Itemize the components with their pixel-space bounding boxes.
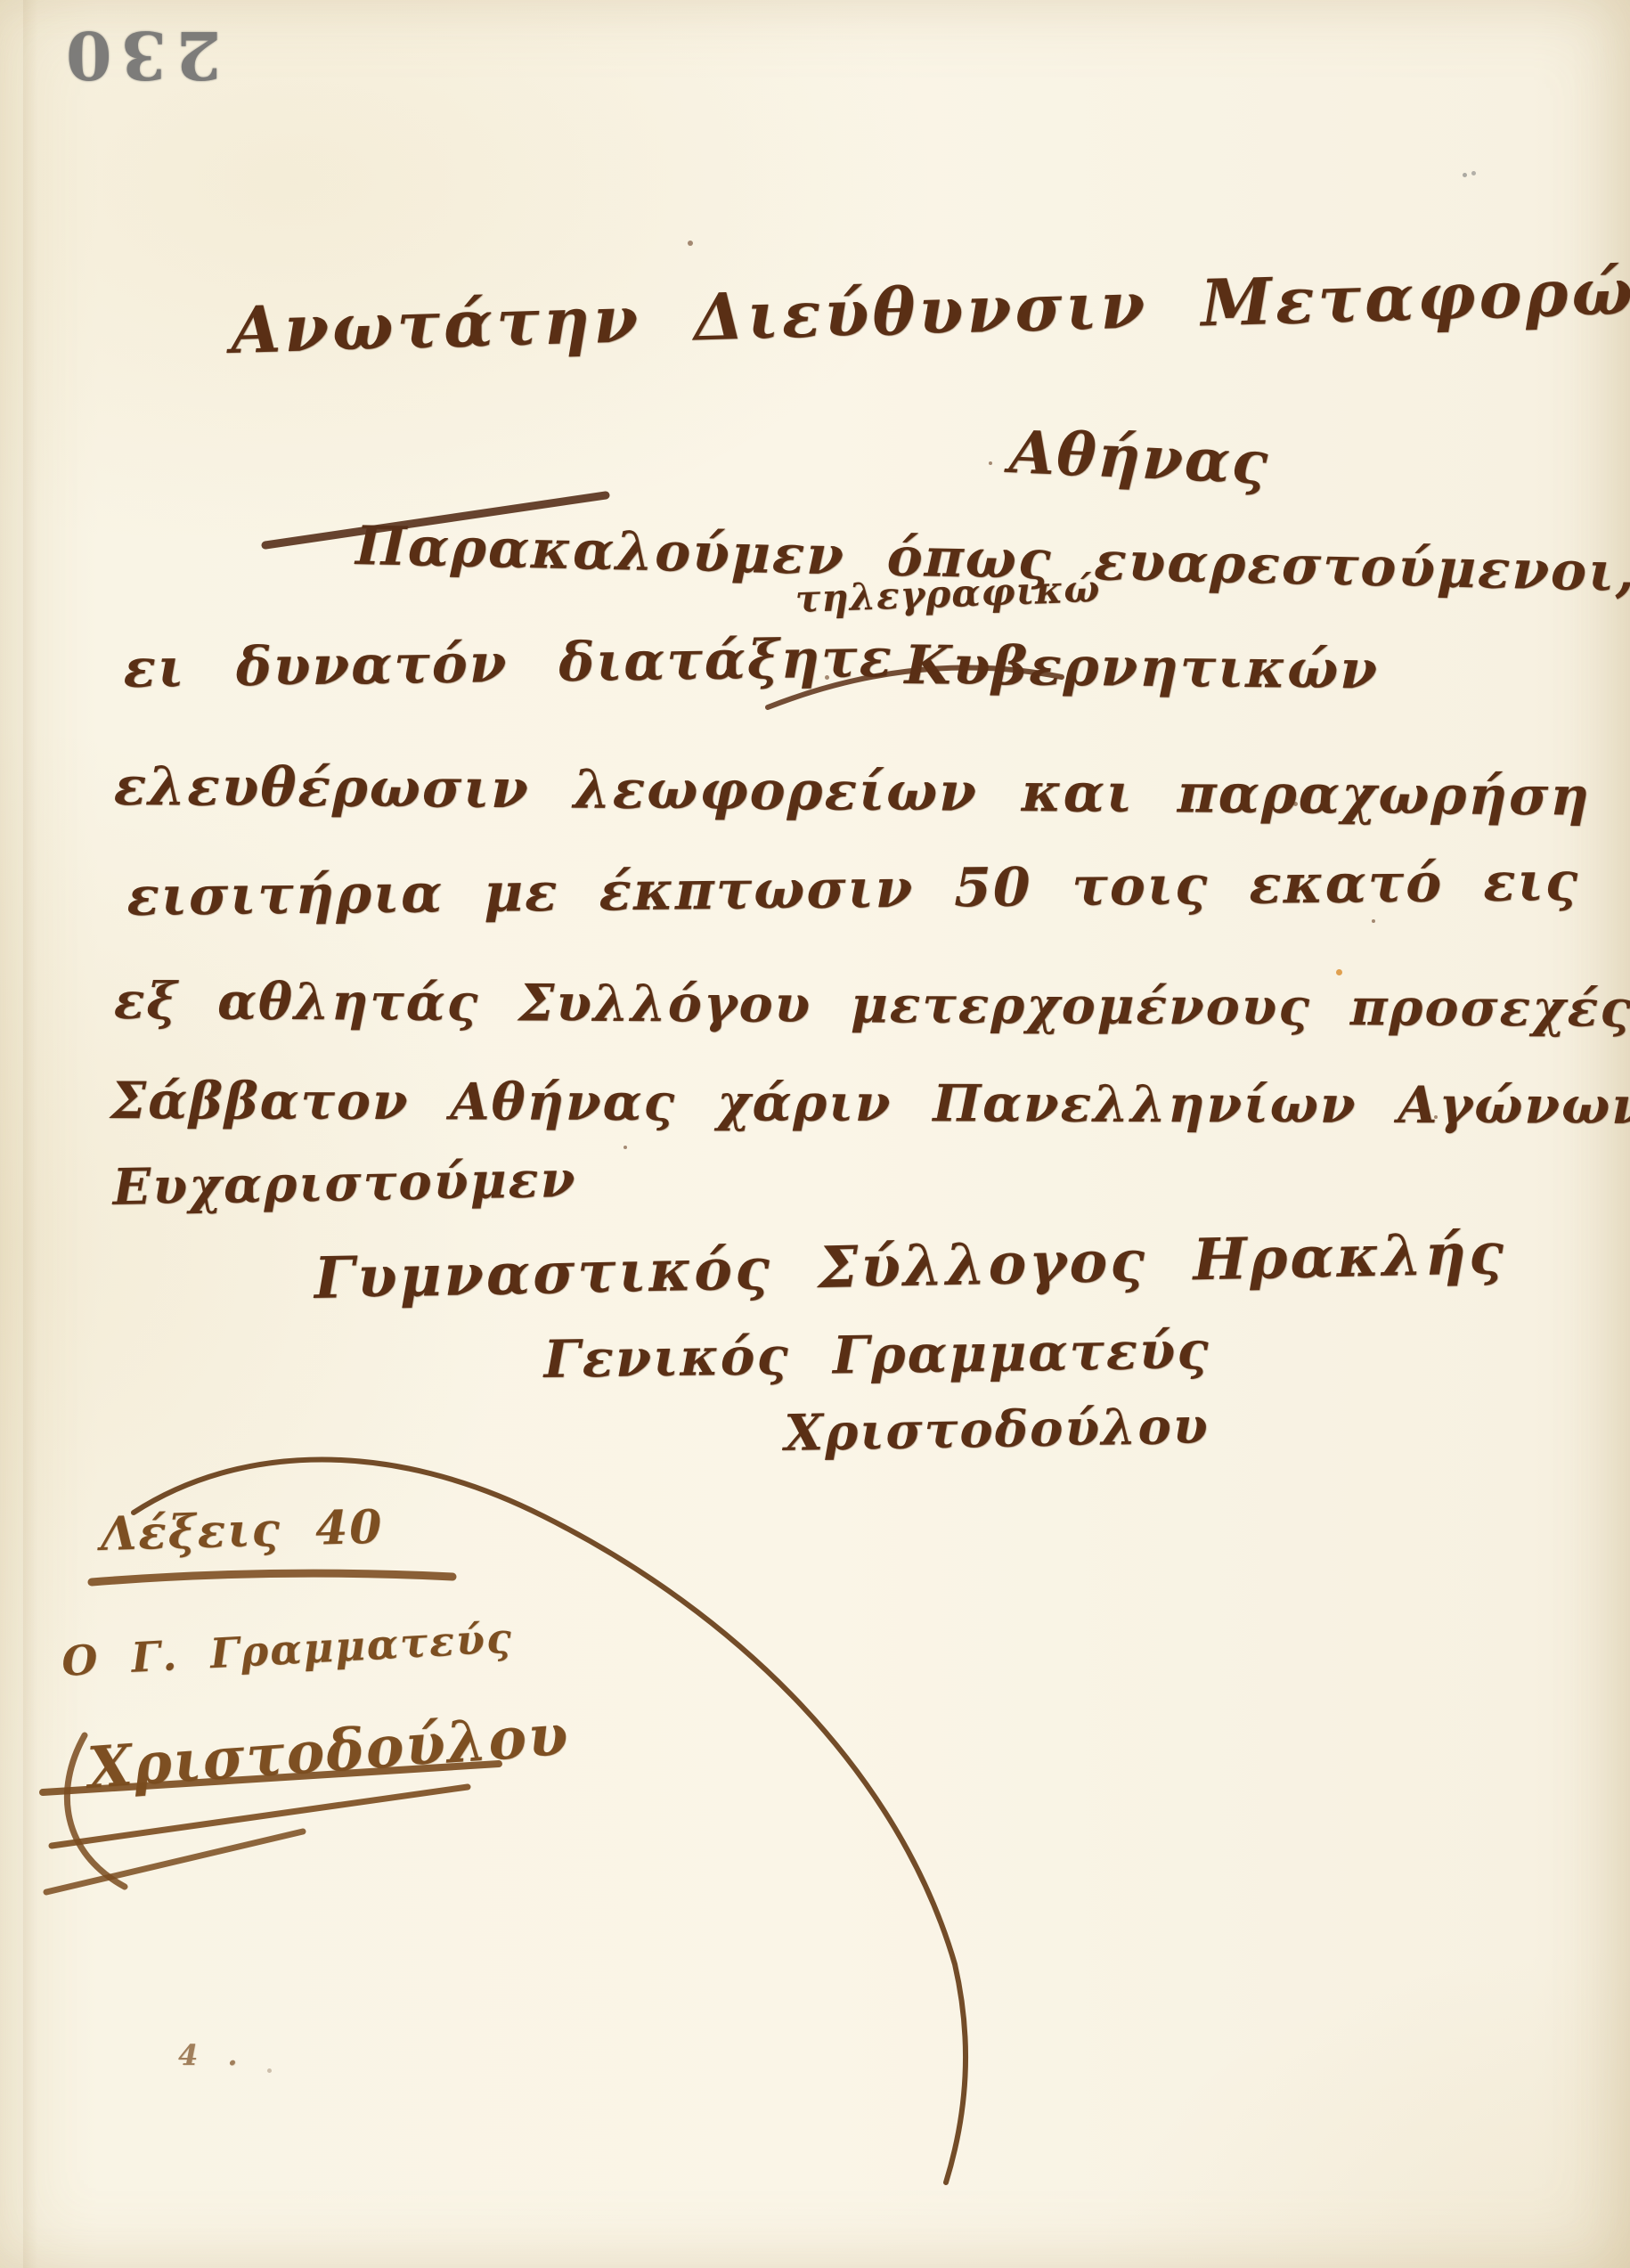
ink-speck — [688, 241, 693, 246]
word-count-underline — [92, 1573, 452, 1582]
inserted-word: τηλεγραφικώ — [795, 567, 1101, 621]
recipient-line-2: Αθήνας — [1008, 417, 1271, 498]
page-mark: 4 . — [178, 2038, 240, 2072]
body-line-7: Ευχαριστούμεν — [112, 1150, 577, 1217]
ink-speck — [267, 2068, 272, 2073]
signature-flourish-2 — [46, 1832, 303, 1892]
secretary-title-note: Ο Γ. Γραμματεύς — [61, 1613, 514, 1685]
signature-title: Γενικός Γραμματεύς — [543, 1320, 1210, 1390]
ink-speck — [825, 675, 829, 680]
signature-name: Χριστοδούλου — [784, 1397, 1210, 1463]
scanned-letter-page: 230 Ανωτάτην Διεύθυνσιν Μεταφορών Αθήνας… — [0, 0, 1630, 2268]
ink-speck — [989, 461, 992, 465]
body-line-4: εισιτήρια με έκπτωσιν 50 τοις εκατό εις — [126, 851, 1580, 928]
archive-stamp-number: 230 — [57, 16, 221, 93]
ink-speck — [1434, 1115, 1438, 1119]
recipient-line-1: Ανωτάτην Διεύθυνσιν Μεταφορών — [230, 251, 1630, 368]
orange-ink-speck — [1336, 969, 1342, 975]
body-line-6: Σάββατον Αθήνας χάριν Πανελληνίων Αγώνων — [110, 1071, 1630, 1136]
paper-crease — [23, 0, 37, 2268]
ink-speck — [623, 1146, 627, 1149]
body-line-2-left: ει δυνατόν διατάξητε — [123, 627, 893, 700]
body-line-2-right: Κυβερνητικών — [904, 634, 1379, 702]
corner-mark — [1463, 173, 1467, 177]
ink-speck — [227, 1005, 231, 1008]
body-line-3: ελευθέρωσιν λεωφορείων και παραχωρήση — [114, 755, 1592, 828]
body-line-5: εξ αθλητάς Συλλόγου μετερχομένους προσεχ… — [114, 971, 1630, 1039]
ink-speck — [1293, 802, 1298, 806]
struck-signature: Χριστοδούλου — [86, 1701, 572, 1802]
signature-organization: Γυμναστικός Σύλλογος Ηρακλής — [314, 1220, 1507, 1312]
ink-speck — [1372, 919, 1375, 923]
word-count-note: Λέξεις 40 — [100, 1500, 384, 1562]
pen-flourish-arc — [134, 1460, 966, 2183]
